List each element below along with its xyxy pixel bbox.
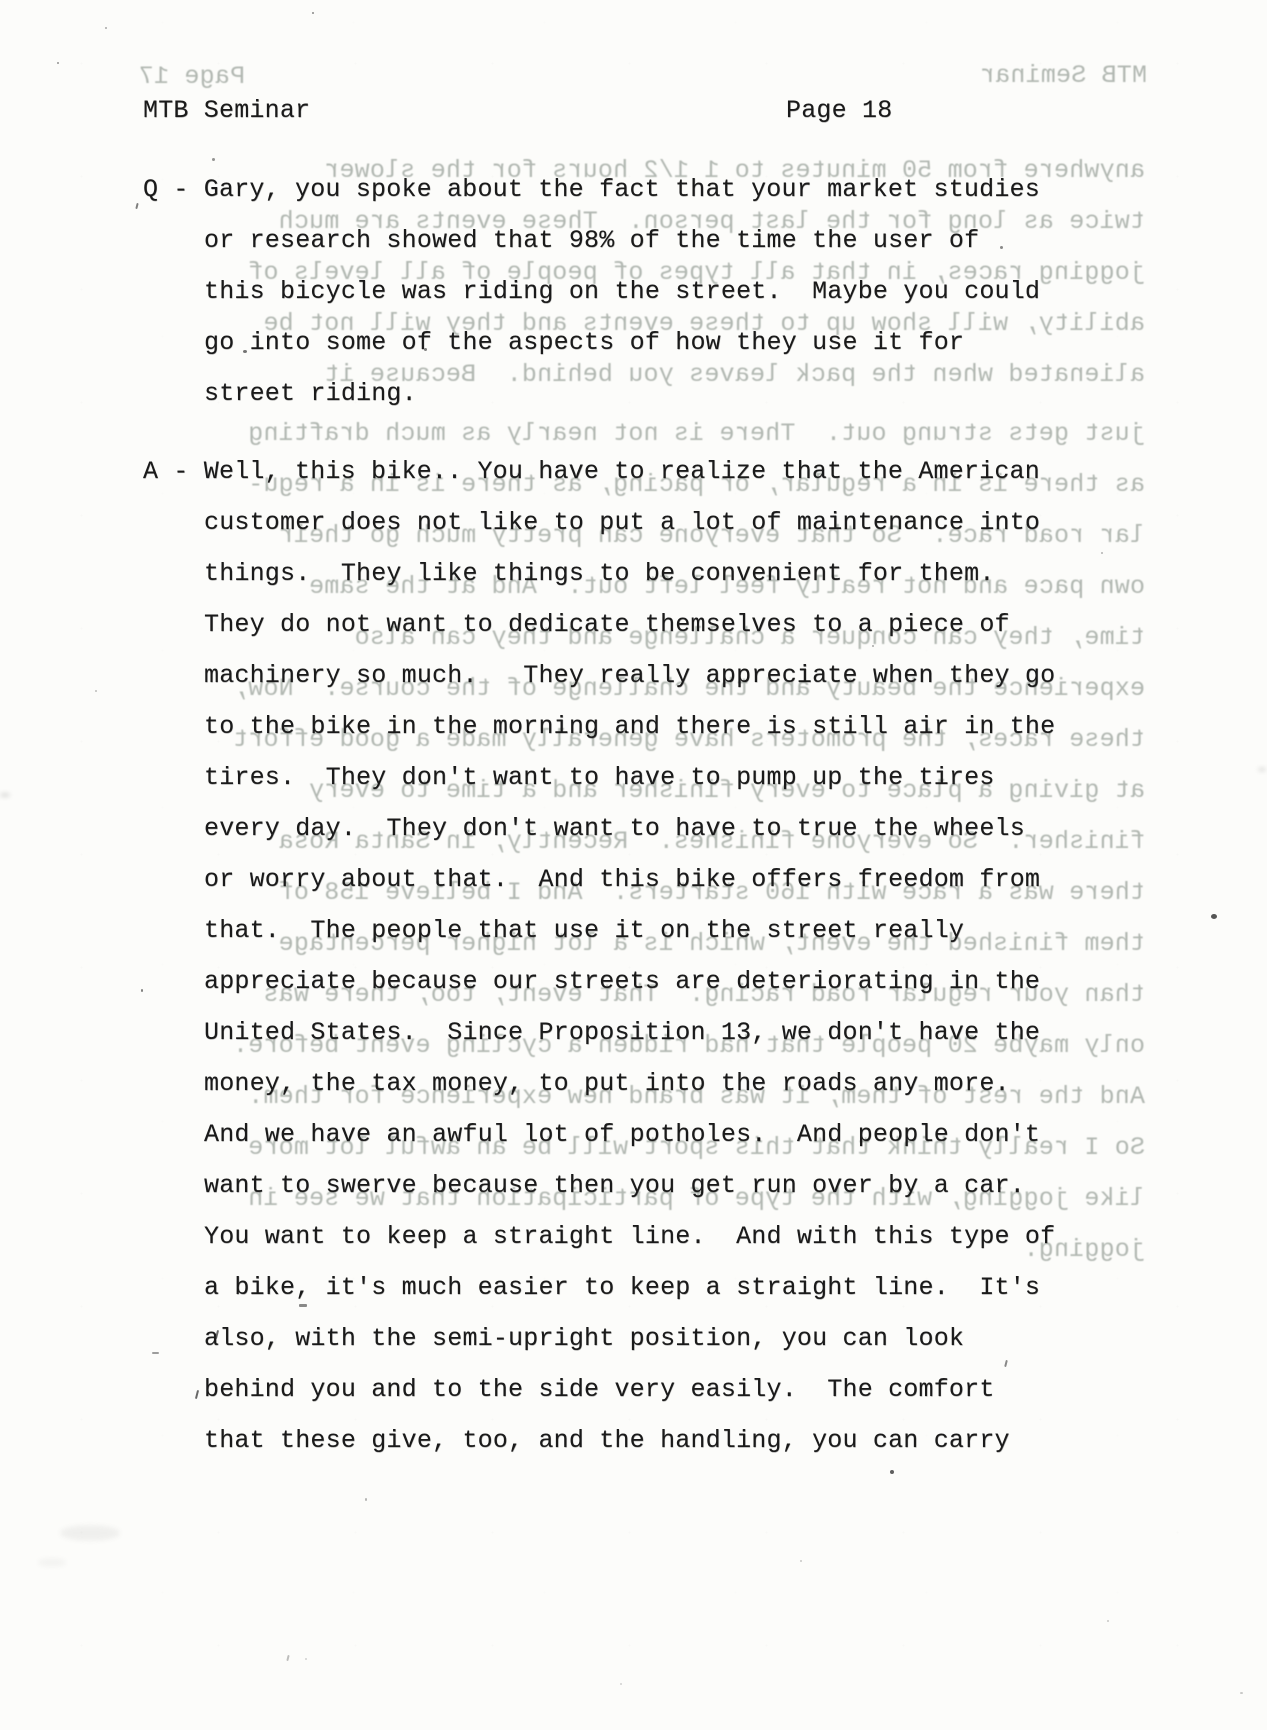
answer-paragraph: A - Well, this bike.. You have to realiz… (143, 446, 1055, 1466)
scanned-page: MTB SeminarPage 17anywhere from 50 minut… (0, 0, 1267, 1730)
text-line: machinery so much. They really appreciat… (143, 650, 1055, 701)
text-line: this bicycle was riding on the street. M… (143, 266, 1040, 317)
text-line: that these give, too, and the handling, … (143, 1415, 1055, 1466)
text-line: United States. Since Proposition 13, we … (143, 1007, 1055, 1058)
text-line: money, the tax money, to put into the ro… (143, 1058, 1055, 1109)
text-line: appreciate because our streets are deter… (143, 956, 1055, 1007)
text-line: You want to keep a straight line. And wi… (143, 1211, 1055, 1262)
text-line: customer does not like to put a lot of m… (143, 497, 1055, 548)
text-line: tires. They don't want to have to pump u… (143, 752, 1055, 803)
question-paragraph: Q - Gary, you spoke about the fact that … (143, 164, 1040, 419)
text-line: behind you and to the side very easily. … (143, 1364, 1055, 1415)
text-line: that. The people that use it on the stre… (143, 905, 1055, 956)
text-line: or research showed that 98% of the time … (143, 215, 1040, 266)
text-line: or worry about that. And this bike offer… (143, 854, 1055, 905)
text-line: a bike, it's much easier to keep a strai… (143, 1262, 1055, 1313)
text-line: Q - Gary, you spoke about the fact that … (143, 164, 1040, 215)
text-line: to the bike in the morning and there is … (143, 701, 1055, 752)
text-line: things. They like things to be convenien… (143, 548, 1055, 599)
text-line: want to swerve because then you get run … (143, 1160, 1055, 1211)
text-line: And we have an awful lot of potholes. An… (143, 1109, 1055, 1160)
text-line: street riding. (143, 368, 1040, 419)
text-line: every day. They don't want to have to tr… (143, 803, 1055, 854)
text-line: They do not want to dedicate themselves … (143, 599, 1055, 650)
text-line: go into some of the aspects of how they … (143, 317, 1040, 368)
transcript-body: Q - Gary, you spoke about the fact that … (0, 0, 1267, 1730)
text-line: also, with the semi-upright position, yo… (143, 1313, 1055, 1364)
text-line: A - Well, this bike.. You have to realiz… (143, 446, 1055, 497)
